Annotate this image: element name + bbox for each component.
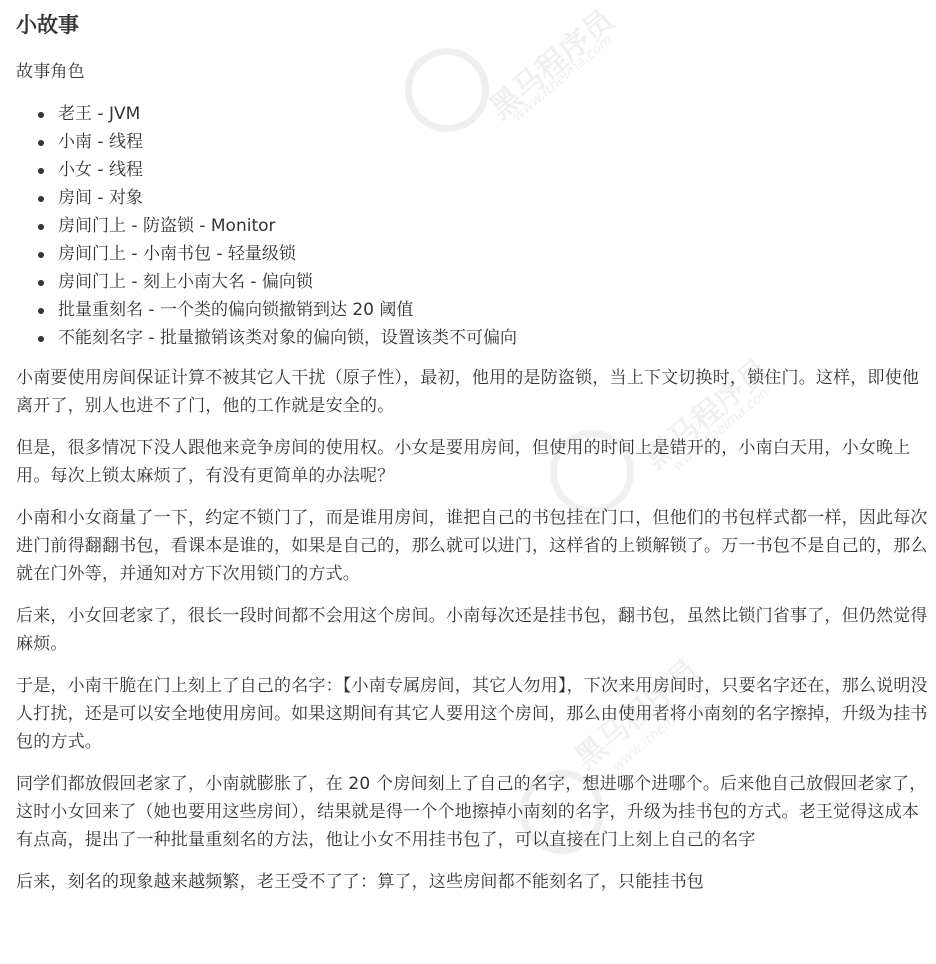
list-item: 小女 - 线程 [58, 156, 928, 184]
list-item: 小南 - 线程 [58, 128, 928, 156]
paragraph: 但是，很多情况下没人跟他来竞争房间的使用权。小女是要用房间，但使用的时间上是错开… [16, 434, 928, 490]
document-body: 小故事 故事角色 老王 - JVM 小南 - 线程 小女 - 线程 房间 - 对… [16, 0, 928, 896]
paragraph: 后来，刻名的现象越来越频繁，老王受不了了：算了，这些房间都不能刻名了，只能挂书包 [16, 868, 928, 896]
list-item: 房间门上 - 刻上小南大名 - 偏向锁 [58, 268, 928, 296]
paragraph: 同学们都放假回老家了，小南就膨胀了，在 20 个房间刻上了自己的名字，想进哪个进… [16, 770, 928, 854]
list-item: 房间门上 - 小南书包 - 轻量级锁 [58, 240, 928, 268]
paragraph: 于是，小南干脆在门上刻上了自己的名字：【小南专属房间，其它人勿用】，下次来用房间… [16, 672, 928, 756]
roles-list: 老王 - JVM 小南 - 线程 小女 - 线程 房间 - 对象 房间门上 - … [16, 100, 928, 352]
list-item: 不能刻名字 - 批量撤销该类对象的偏向锁，设置该类不可偏向 [58, 324, 928, 352]
list-item: 房间 - 对象 [58, 184, 928, 212]
section-subtitle: 故事角色 [16, 58, 928, 86]
list-item: 房间门上 - 防盗锁 - Monitor [58, 212, 928, 240]
paragraph: 小南和小女商量了一下，约定不锁门了，而是谁用房间，谁把自己的书包挂在门口，但他们… [16, 504, 928, 588]
paragraph: 后来，小女回老家了，很长一段时间都不会用这个房间。小南每次还是挂书包，翻书包，虽… [16, 602, 928, 658]
list-item: 批量重刻名 - 一个类的偏向锁撤销到达 20 阈值 [58, 296, 928, 324]
section-title: 小故事 [16, 0, 928, 40]
list-item: 老王 - JVM [58, 100, 928, 128]
paragraph: 小南要使用房间保证计算不被其它人干扰（原子性），最初，他用的是防盗锁，当上下文切… [16, 364, 928, 420]
